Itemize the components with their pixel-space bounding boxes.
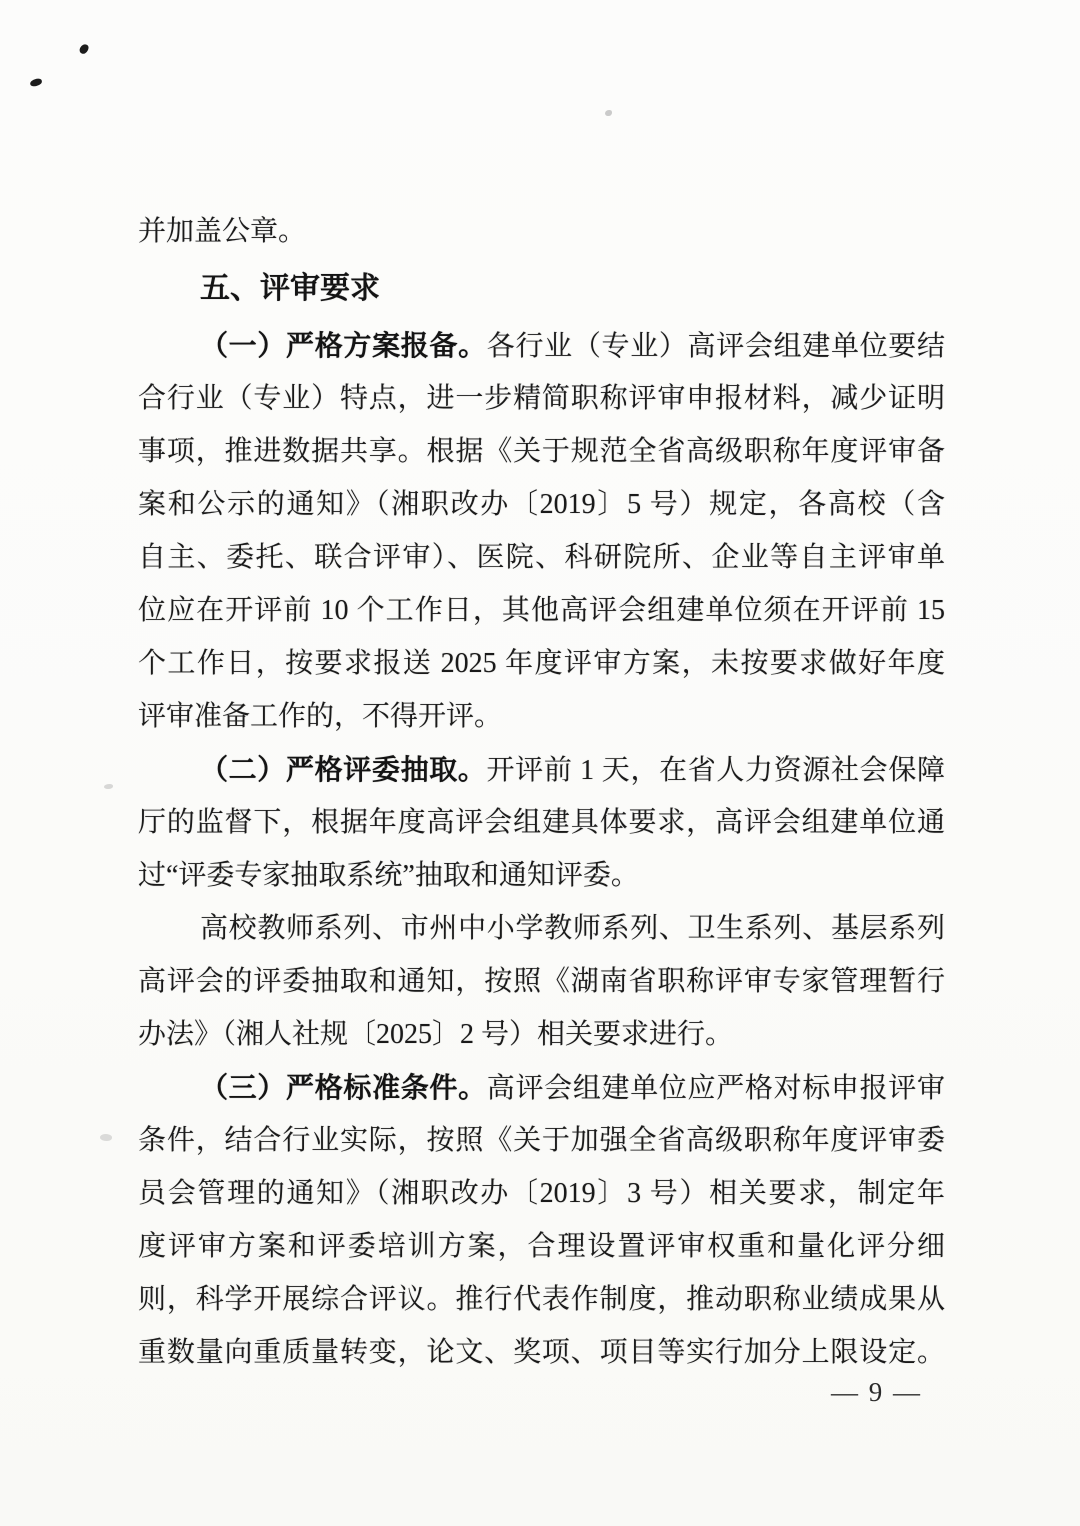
paragraph-lead: （二）严格评委抽取。 (200, 754, 487, 785)
page-number: — 9 — (831, 1372, 922, 1412)
body-line: （二）严格评委抽取。开评前 1 天，在省人力资源社会保障 (138, 743, 945, 796)
paragraph-1: （一）严格方案报备。各行业（专业）高评会组建单位要结 合行业（专业）特点，进一步… (138, 319, 945, 743)
scan-speck (100, 1133, 113, 1142)
body-text: 开评前 1 天，在省人力资源社会保障 (487, 755, 945, 786)
body-line: （一）严格方案报备。各行业（专业）高评会组建单位要结 (138, 319, 945, 372)
scan-speck (605, 110, 612, 116)
section-heading: 五、评审要求 (138, 262, 945, 315)
body-line: 案和公示的通知》（湘职改办〔2019〕5 号）规定，各高校（含 (138, 478, 945, 531)
paragraph-lead: （三）严格标准条件。 (200, 1072, 487, 1103)
body-line: 员会管理的通知》（湘职改办〔2019〕3 号）相关要求，制定年 (138, 1167, 945, 1220)
body-line: 位应在开评前 10 个工作日，其他高评会组建单位须在开评前 15 (138, 584, 945, 637)
scan-speck (104, 784, 113, 789)
body-line: 办法》（湘人社规〔2025〕2 号）相关要求进行。 (138, 1008, 945, 1061)
body-text: 高评会组建单位应严格对标申报评审 (487, 1073, 945, 1104)
body-line: 重数量向重质量转变，论文、奖项、项目等实行加分上限设定。 (138, 1326, 945, 1379)
paragraph-lead: （一）严格方案报备。 (200, 330, 487, 361)
scan-speck (78, 43, 89, 55)
paragraph-3: 高校教师系列、市州中小学教师系列、卫生系列、基层系列 高评会的评委抽取和通知，按… (138, 902, 945, 1061)
body-line: 条件，结合行业实际，按照《关于加强全省高级职称年度评审委 (138, 1114, 945, 1167)
paragraph-2: （二）严格评委抽取。开评前 1 天，在省人力资源社会保障 厅的监督下，根据年度高… (138, 743, 945, 902)
body-line: 自主、委托、联合评审）、医院、科研院所、企业等自主评审单 (138, 531, 945, 584)
body-text: 各行业（专业）高评会组建单位要结 (487, 331, 945, 362)
scan-speck (29, 78, 42, 87)
document-body: 并加盖公章。 五、评审要求 （一）严格方案报备。各行业（专业）高评会组建单位要结… (138, 205, 945, 1379)
paragraph-4: （三）严格标准条件。高评会组建单位应严格对标申报评审 条件，结合行业实际，按照《… (138, 1061, 945, 1379)
body-line: 评审准备工作的，不得开评。 (138, 690, 945, 743)
body-line: 过“评委专家抽取系统”抽取和通知评委。 (138, 849, 945, 902)
body-line: 高评会的评委抽取和通知，按照《湖南省职称评审专家管理暂行 (138, 955, 945, 1008)
body-line: 高校教师系列、市州中小学教师系列、卫生系列、基层系列 (138, 902, 945, 955)
body-line: 个工作日，按要求报送 2025 年度评审方案，未按要求做好年度 (138, 637, 945, 690)
body-line: 则，科学开展综合评议。推行代表作制度，推动职称业绩成果从 (138, 1273, 945, 1326)
continuation-line: 并加盖公章。 (138, 205, 945, 258)
body-line: 事项，推进数据共享。根据《关于规范全省高级职称年度评审备 (138, 425, 945, 478)
body-line: 合行业（专业）特点，进一步精简职称评审申报材料，减少证明 (138, 372, 945, 425)
document-page: 并加盖公章。 五、评审要求 （一）严格方案报备。各行业（专业）高评会组建单位要结… (0, 0, 1080, 1526)
body-line: 度评审方案和评委培训方案，合理设置评审权重和量化评分细 (138, 1220, 945, 1273)
body-line: 厅的监督下，根据年度高评会组建具体要求，高评会组建单位通 (138, 796, 945, 849)
body-line: （三）严格标准条件。高评会组建单位应严格对标申报评审 (138, 1061, 945, 1114)
